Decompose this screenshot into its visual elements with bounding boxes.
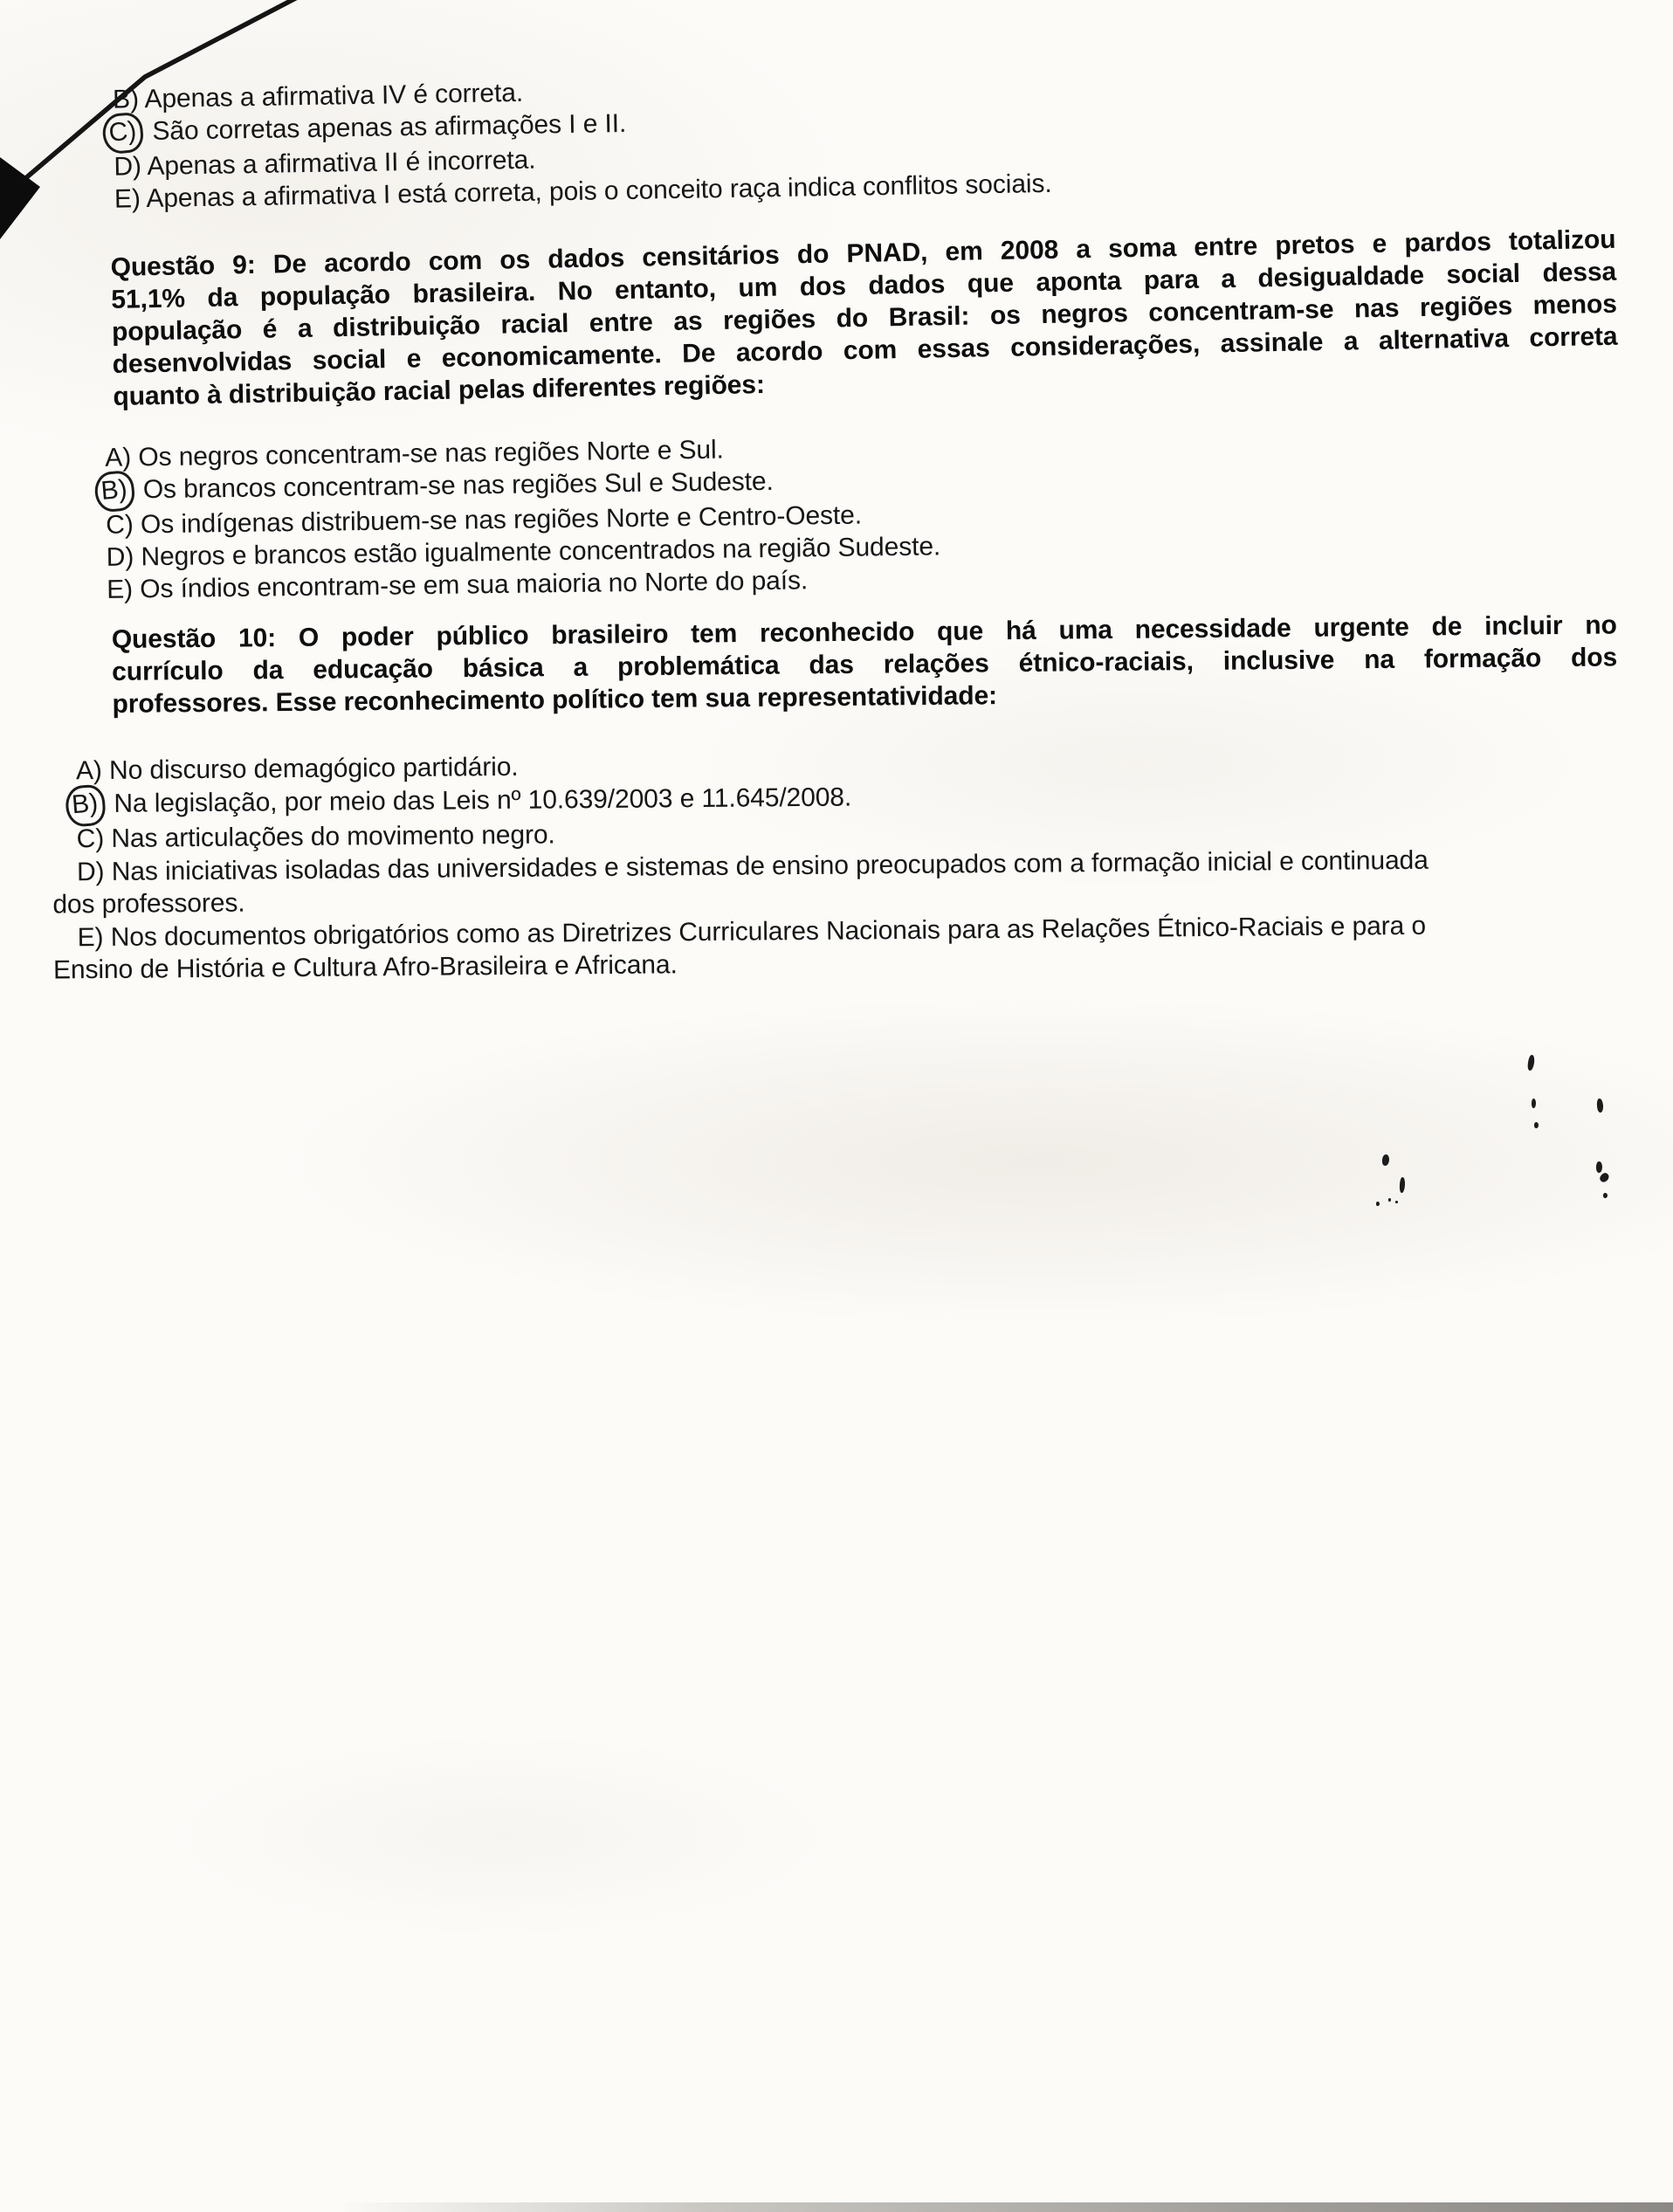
option-text: São corretas apenas as afirmações I e II…: [145, 109, 627, 146]
page: B) Apenas a afirmativa IV é correta.C) S…: [0, 0, 1673, 2212]
option-text: Nas articulações do movimento negro.: [104, 820, 555, 853]
option-letter: D): [77, 857, 105, 885]
option-letter: D): [107, 542, 134, 571]
document-content: B) Apenas a afirmativa IV é correta.C) S…: [0, 0, 1673, 2212]
previous-question-options: B) Apenas a afirmativa IV é correta.C) S…: [88, 63, 1365, 216]
ink-speck: [1395, 1201, 1398, 1203]
answer-option: E) Nos documentos obrigatórios como as D…: [53, 907, 1643, 987]
bottom-scan-shade: [0, 2202, 1673, 2212]
ink-speck: [1376, 1202, 1380, 1206]
option-text: Na legislação, por meio das Leis nº 10.6…: [107, 782, 851, 817]
question-9-options: A) Os negros concentram-se nas regiões N…: [80, 424, 1409, 606]
option-letter: A): [105, 443, 131, 472]
question-10-options: A) No discurso demagógico partidário.B) …: [52, 741, 1642, 987]
option-letter: A): [76, 756, 102, 785]
ink-speck: [1534, 1122, 1539, 1128]
question-10-stem: Questão 10: O poder público brasileiro t…: [112, 609, 1618, 720]
option-text: Apenas a afirmativa IV é correta.: [139, 79, 524, 114]
option-letter: E): [78, 922, 104, 951]
selected-option-letter: B): [65, 783, 107, 827]
selected-option-letter: B): [93, 470, 135, 513]
option-letter: E): [114, 184, 141, 213]
option-letter: C): [77, 824, 105, 853]
option-text: Os brancos concentram-se nas regiões Sul…: [135, 467, 774, 505]
option-letter: E): [107, 575, 133, 603]
selected-option-letter: C): [101, 112, 145, 155]
option-letter: B): [113, 85, 139, 114]
option-text: Apenas a afirmativa II é incorreta.: [141, 146, 536, 181]
question-9-stem: Questão 9: De acordo com os dados censit…: [110, 224, 1618, 413]
option-text: Os índios encontram-se em sua maioria no…: [133, 566, 808, 603]
option-letter: D): [114, 152, 141, 182]
option-text: No discurso demagógico partidário.: [102, 753, 519, 785]
option-letter: C): [106, 510, 134, 539]
ink-speck: [1388, 1198, 1391, 1202]
ink-speck: [1596, 1161, 1602, 1173]
